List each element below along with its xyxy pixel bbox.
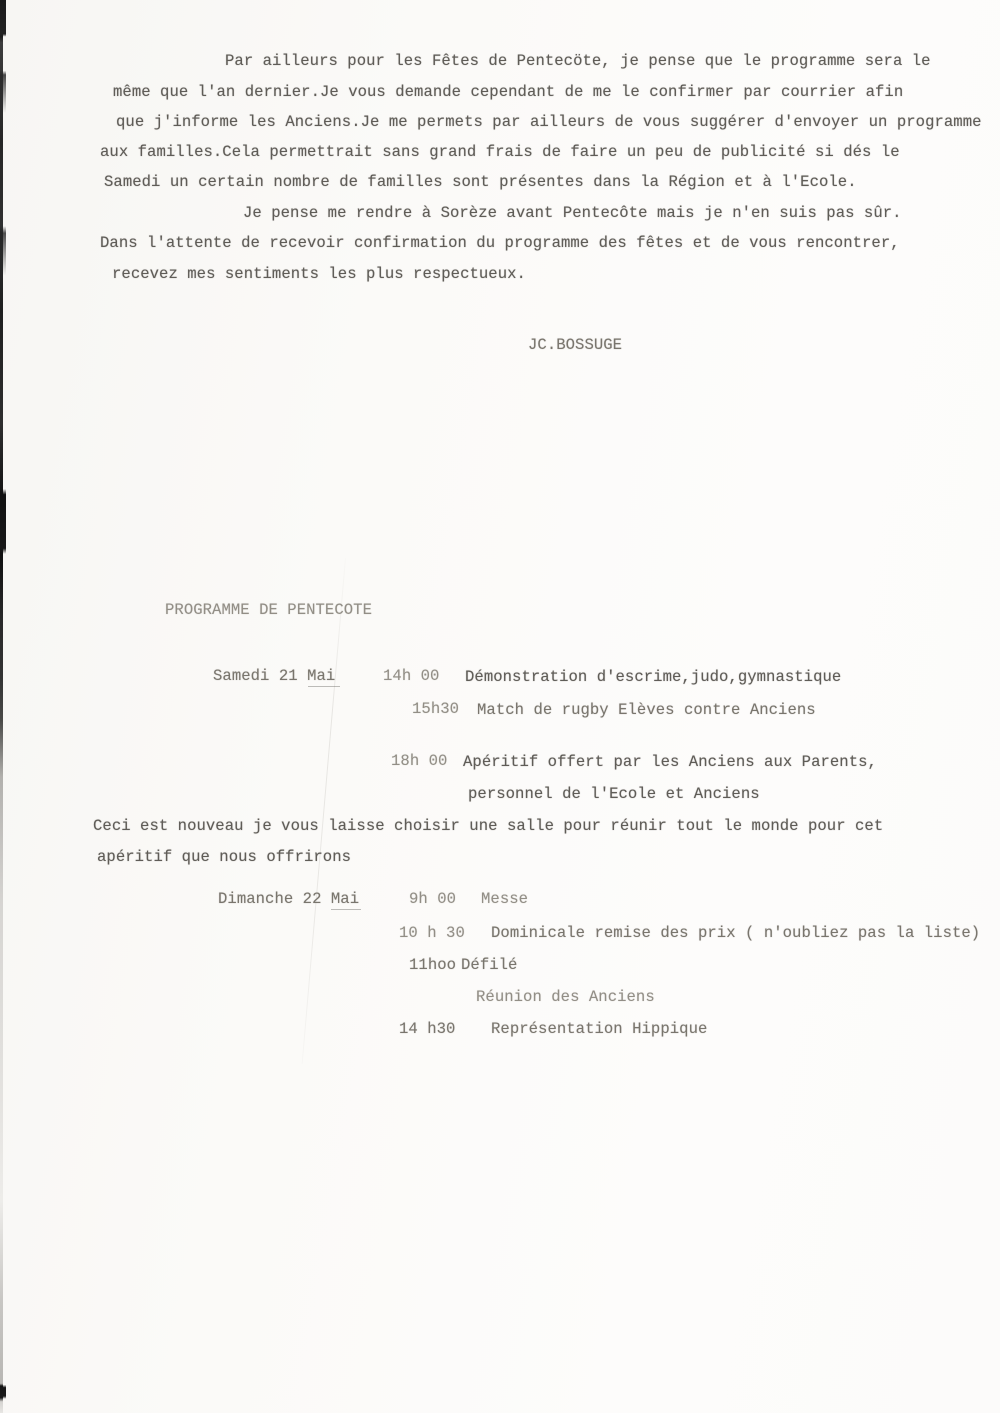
scanned-letter-page: Par ailleurs pour les Fêtes de Pentecöte…	[0, 0, 1000, 1413]
letter-line-8: recevez mes sentiments les plus respectu…	[112, 265, 526, 283]
date-underline-mark	[308, 686, 340, 687]
signature: JC.BOSSUGE	[528, 336, 622, 354]
scan-edge-blobs	[0, 0, 6, 1413]
program-title: PROGRAMME DE PENTECOTE	[165, 601, 372, 619]
sunday-date: Dimanche 22 Mai	[218, 890, 359, 908]
saturday-event1-time: 14h 00	[383, 667, 439, 685]
letter-line-6: Je pense me rendre à Sorèze avant Pentec…	[243, 204, 902, 222]
saturday-event2-time: 15h30	[412, 700, 459, 718]
letter-line-4: aux familles.Cela permettrait sans grand…	[100, 143, 900, 161]
sunday-event5-desc: Représentation Hippique	[491, 1020, 707, 1038]
saturday-date: Samedi 21 Mai	[213, 667, 335, 685]
note-line-1: Ceci est nouveau je vous laisse choisir …	[93, 817, 883, 835]
sunday-event2-desc: Dominicale remise des prix ( n'oubliez p…	[491, 924, 980, 942]
sunday-event4-desc: Réunion des Anciens	[476, 988, 655, 1006]
sunday-event3-desc: Défilé	[461, 956, 517, 974]
paper-crease	[302, 558, 346, 1064]
sunday-event2-time: 10 h 30	[399, 924, 465, 942]
sunday-event1-time: 9h 00	[409, 890, 456, 908]
saturday-event3-time: 18h 00	[391, 752, 447, 770]
letter-line-1: Par ailleurs pour les Fêtes de Pentecöte…	[225, 52, 931, 70]
saturday-event2-desc: Match de rugby Elèves contre Anciens	[477, 701, 816, 719]
date-underline-mark	[331, 909, 361, 910]
saturday-event3-continuation: personnel de l'Ecole et Anciens	[468, 785, 760, 803]
letter-line-7: Dans l'attente de recevoir confirmation …	[100, 234, 900, 252]
letter-line-2: même que l'an dernier.Je vous demande ce…	[113, 83, 903, 101]
sunday-event5-time: 14 h30	[399, 1020, 455, 1038]
letter-line-3: que j'informe les Anciens.Je me permets …	[116, 113, 982, 131]
saturday-event3-desc: Apéritif offert par les Anciens aux Pare…	[463, 753, 877, 771]
saturday-event1-desc: Démonstration d'escrime,judo,gymnastique	[465, 668, 841, 686]
note-line-2: apéritif que nous offrirons	[97, 848, 351, 866]
sunday-event3-time: 11hoo	[409, 956, 456, 974]
sunday-event1-desc: Messe	[481, 890, 528, 908]
letter-line-5: Samedi un certain nombre de familles son…	[104, 173, 857, 191]
